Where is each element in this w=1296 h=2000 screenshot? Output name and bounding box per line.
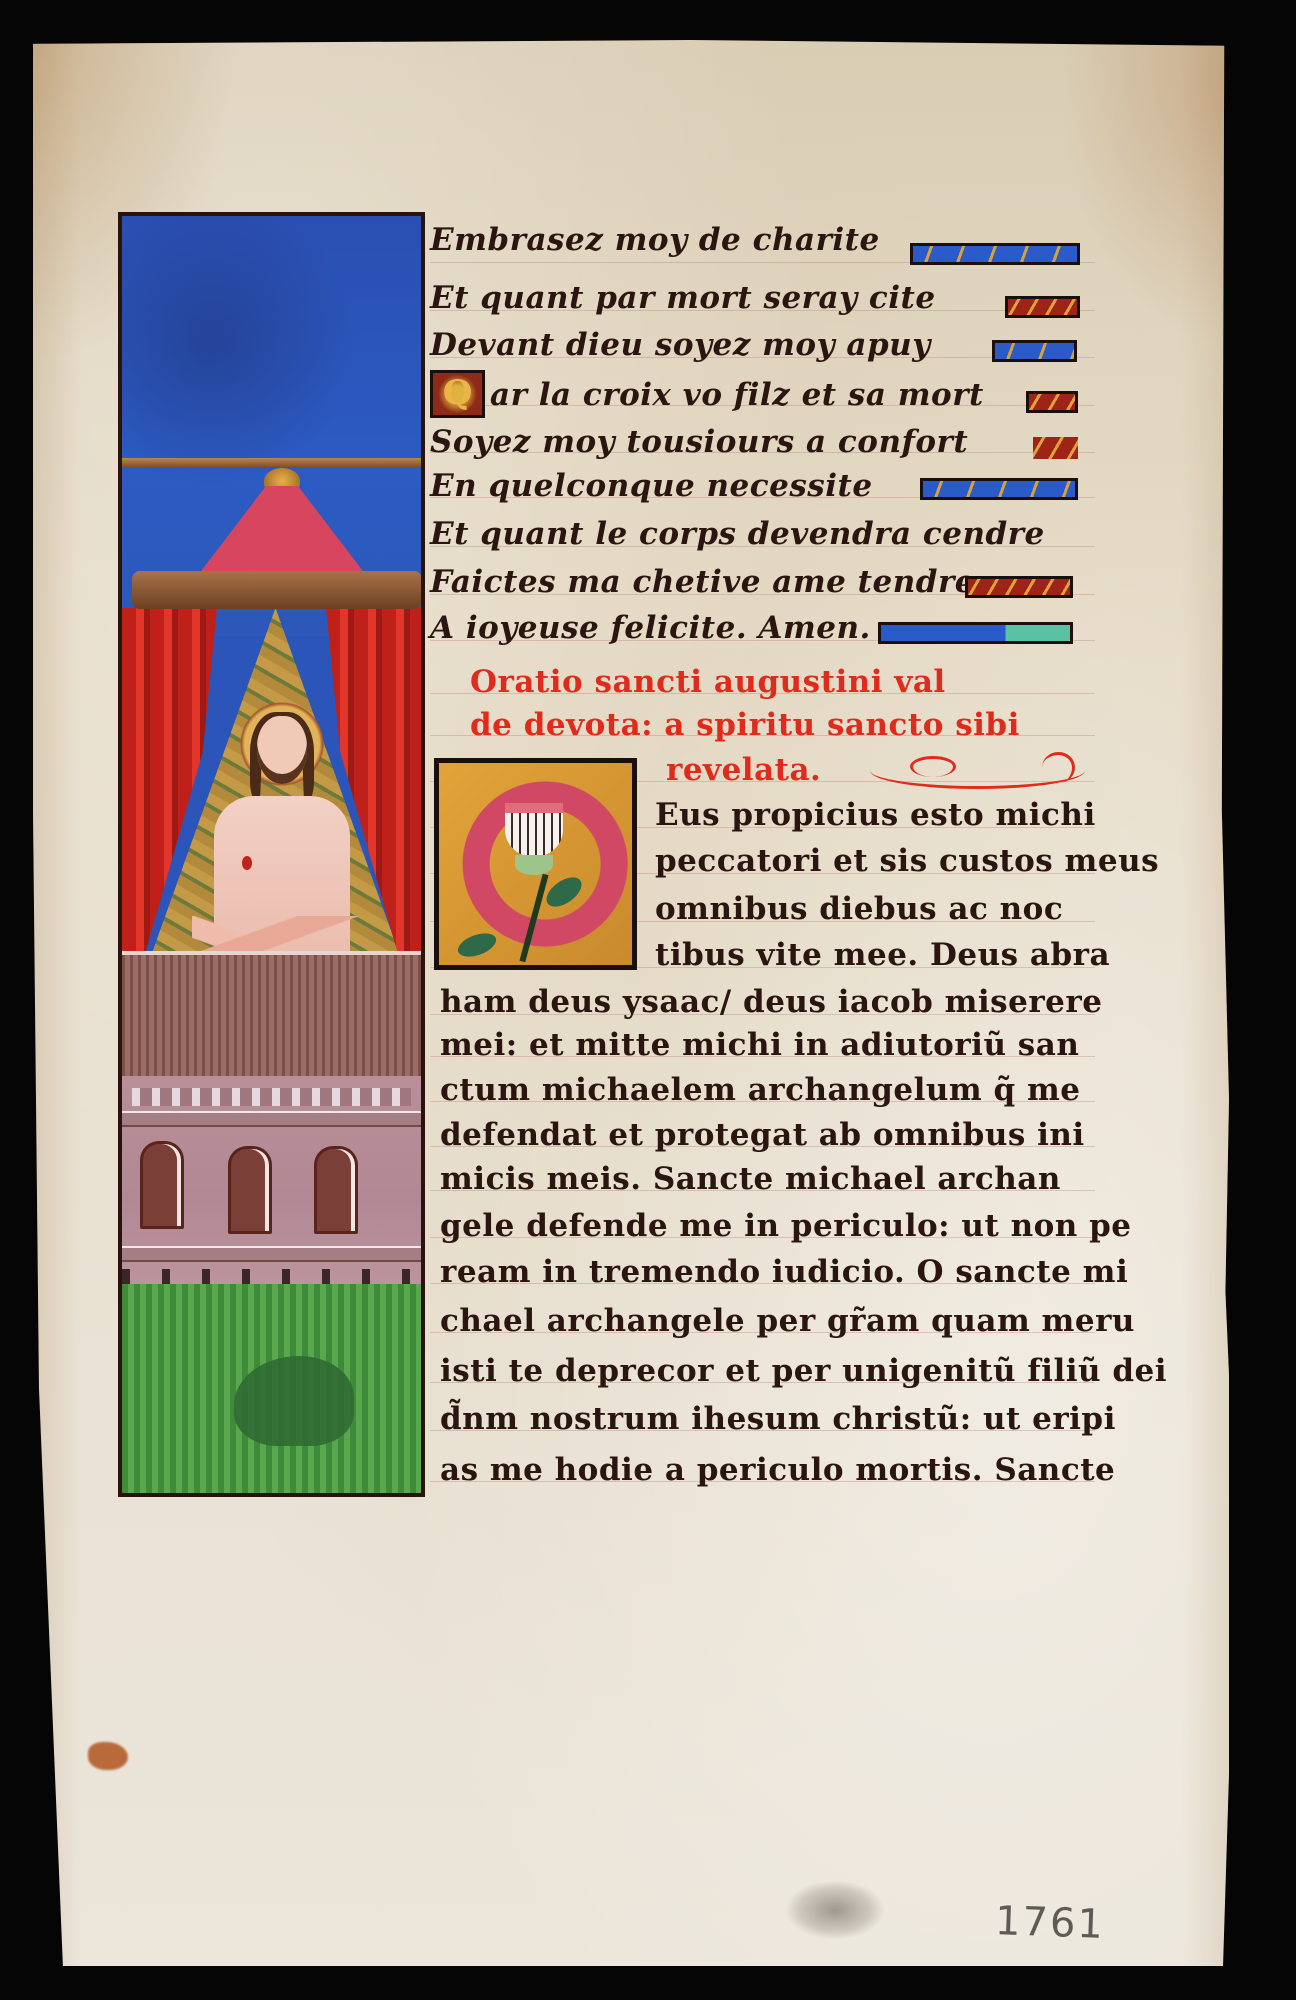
red-pen-flourish [870, 752, 1085, 789]
verse-line: Faictes ma chetive ame tendre [430, 567, 975, 598]
rubric-line: revelata. [666, 755, 821, 786]
canopy-valance [132, 571, 422, 609]
line-filler-red [1005, 296, 1080, 318]
line-filler-red [1033, 437, 1078, 459]
line-filler-blue [992, 340, 1077, 362]
pencil-smudge [785, 1880, 885, 1940]
leaf [455, 929, 499, 961]
line-filler-blue-teal [878, 622, 1073, 644]
line-filler-blue [920, 478, 1078, 500]
line-filler-blue [910, 243, 1080, 265]
flower-stem [519, 874, 548, 962]
prayer-line: chael archangele per gr̃am quam meru [440, 1306, 1135, 1337]
prayer-line: d̃nm nostrum ihesum christũ: ut eripi [440, 1404, 1116, 1435]
arched-window [140, 1141, 184, 1229]
parapet [122, 951, 421, 1084]
prayer-line: micis meis. Sancte michael archan [440, 1164, 1061, 1195]
arched-window [228, 1146, 272, 1234]
prayer-line: ream in tremendo iudicio. O sancte mi [440, 1257, 1128, 1288]
verse-line: Embrasez moy de charite [430, 225, 880, 256]
miniature-man-of-sorrows [118, 212, 425, 1497]
verse-line: A ioyeuse felicite. Amen. [430, 613, 871, 644]
rust-stain [88, 1742, 128, 1770]
prayer-line: tibus vite mee. Deus abra [655, 940, 1110, 971]
prayer-line: isti te deprecor et per unigenitũ filiu… [440, 1356, 1167, 1387]
prayer-line: defendat et protegat ab omnibus ini [440, 1120, 1085, 1151]
prayer-line: Eus propicius esto michi [655, 800, 1096, 831]
side-wound [242, 856, 252, 870]
verse-line: Devant dieu soyez moy apuy [430, 330, 931, 361]
christ-head [257, 716, 307, 784]
rubric-line: de devota: a spiritu sancto sibi [470, 710, 1020, 741]
line-filler-red [1026, 391, 1078, 413]
prayer-line: gele defende me in periculo: ut non pe [440, 1211, 1132, 1242]
leaf [541, 872, 586, 913]
historiated-initial-d: D [434, 758, 637, 970]
initial-q: Q [430, 370, 485, 418]
prayer-line: peccatori et sis custos meus [655, 846, 1159, 877]
initial-letter: D [625, 962, 626, 963]
verse-line: Soyez moy tousiours a confort [430, 427, 968, 458]
canopy-rod [122, 458, 421, 468]
pencil-inventory-number: 1761 [994, 1898, 1105, 1948]
verse-line: Et quant par mort seray cite [430, 283, 936, 314]
verse-line: Et quant le corps devendra cendre [430, 519, 1045, 550]
arcade-frieze [132, 1088, 411, 1106]
thistle-flower [505, 803, 563, 857]
prayer-line: ham deus ysaac/ deus iacob miserere [440, 987, 1102, 1018]
prayer-line: as me hodie a periculo mortis. Sancte [440, 1455, 1115, 1486]
prayer-line: ctum michaelem archangelum q̃ me [440, 1075, 1080, 1106]
string-course [122, 1246, 421, 1262]
cornice [122, 1111, 421, 1127]
rubric-line: Oratio sancti augustini val [470, 667, 946, 698]
arched-window [314, 1146, 358, 1234]
prayer-line: mei: et mitte michi in adiutoriũ san [440, 1030, 1079, 1061]
verse-line: ar la croix vo filz et sa mort [490, 380, 984, 411]
flower-calyx [515, 855, 553, 875]
verse-line: En quelconque necessite [430, 471, 873, 502]
prayer-line: omnibus diebus ac noc [655, 894, 1063, 925]
line-filler-red [965, 576, 1073, 598]
